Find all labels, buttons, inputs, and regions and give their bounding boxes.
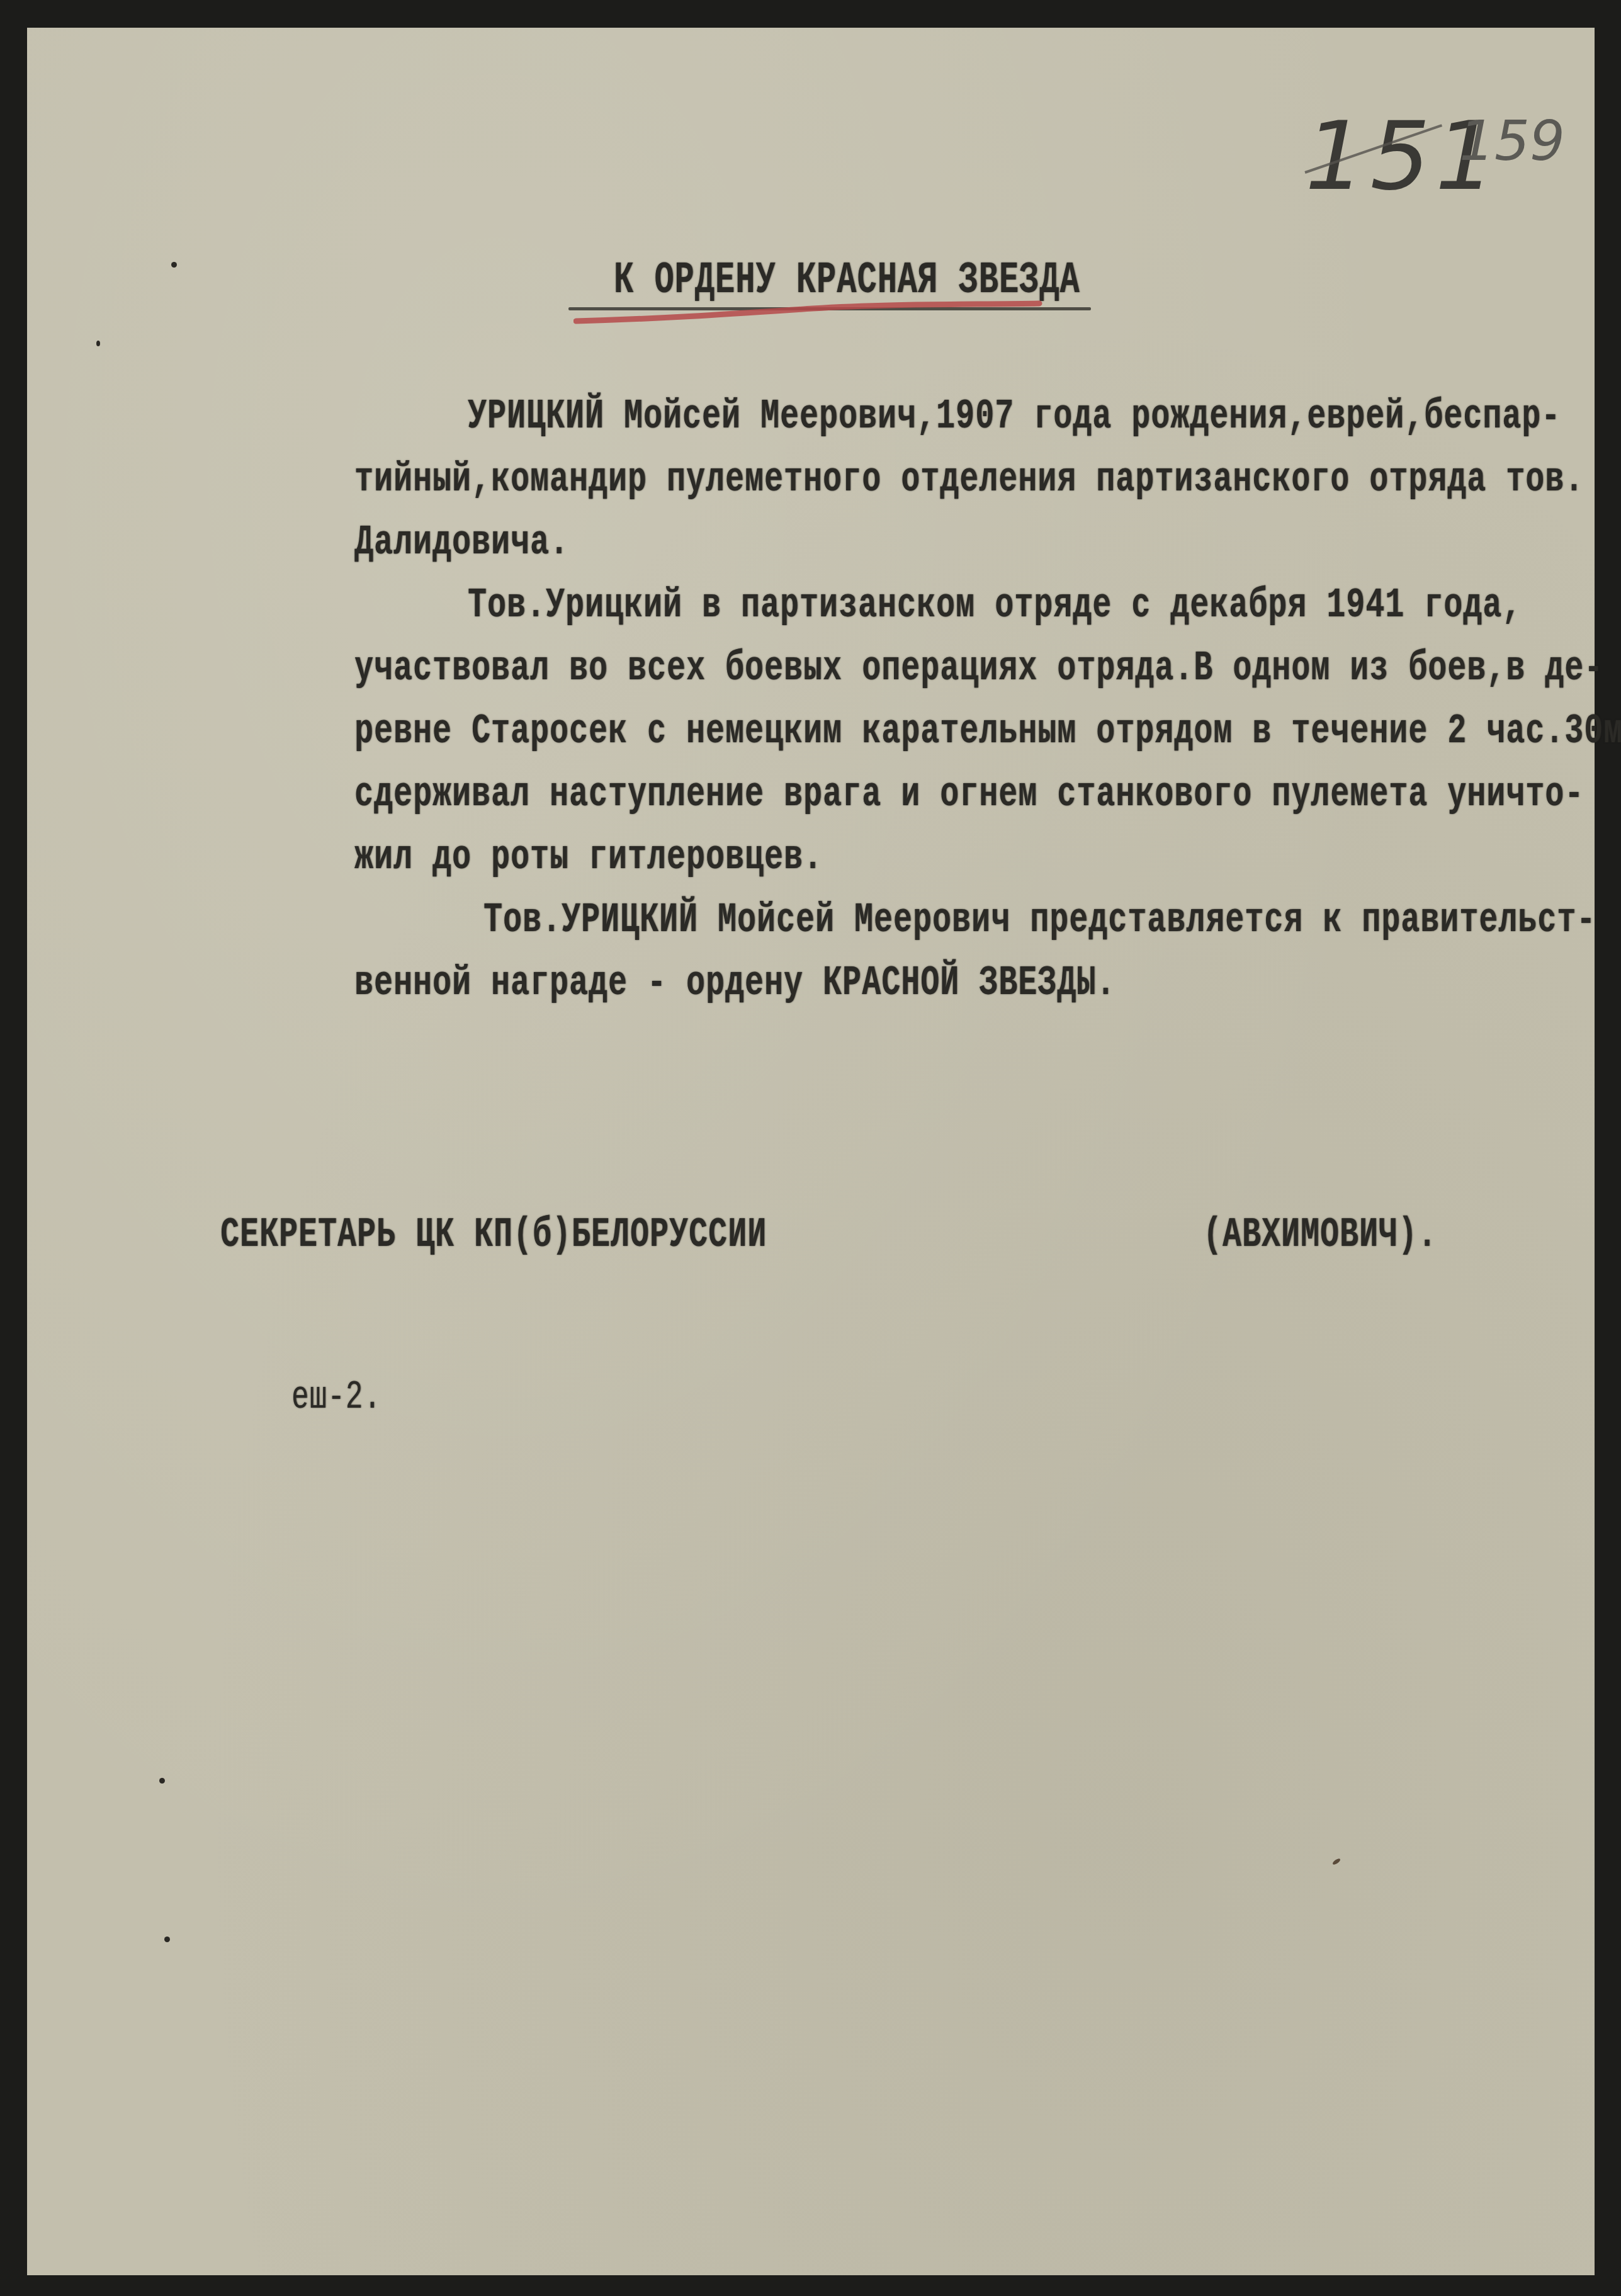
document-title: К ОРДЕНУ КРАСНАЯ ЗВЕЗДА bbox=[614, 256, 1080, 306]
title-underline bbox=[568, 307, 1091, 310]
body-line-2: тийный,командир пулеметного отделения па… bbox=[354, 456, 1584, 504]
binder-hole bbox=[164, 1937, 170, 1942]
paper-speck bbox=[171, 262, 177, 268]
body-line-8: жил до роты гитлеровцев. bbox=[354, 834, 823, 882]
body-line-5: участвовал во всех боевых операциях отря… bbox=[354, 645, 1603, 693]
body-line-1: УРИЦКИЙ Мойсей Меерович,1907 года рожден… bbox=[468, 393, 1561, 441]
folio-number: 159 bbox=[1459, 108, 1565, 173]
body-line-7: сдерживал наступление врага и огнем стан… bbox=[354, 771, 1584, 819]
document-page: 151 159 К ОРДЕНУ КРАСНАЯ ЗВЕЗДА УРИЦКИЙ … bbox=[27, 28, 1595, 2275]
body-line-9: Тов.УРИЦКИЙ Мойсей Меерович представляет… bbox=[483, 896, 1596, 945]
signature-position: СЕКРЕТАРЬ ЦК КП(б)БЕЛОРУССИИ bbox=[220, 1211, 767, 1260]
typist-mark: еш-2. bbox=[291, 1376, 381, 1420]
body-line-4: Тов.Урицкий в партизанском отряде с дека… bbox=[468, 582, 1522, 630]
paper-speck bbox=[1332, 1858, 1341, 1866]
signature-name: (АВХИМОВИЧ). bbox=[1203, 1211, 1437, 1260]
body-line-6: ревне Старосек с немецким карательным от… bbox=[354, 708, 1621, 756]
binder-hole bbox=[159, 1778, 165, 1784]
body-line-3: Далидовича. bbox=[354, 519, 569, 567]
body-line-10: венной награде - ордену КРАСНОЙ ЗВЕЗДЫ. bbox=[354, 959, 1115, 1008]
paper-speck bbox=[96, 341, 100, 346]
